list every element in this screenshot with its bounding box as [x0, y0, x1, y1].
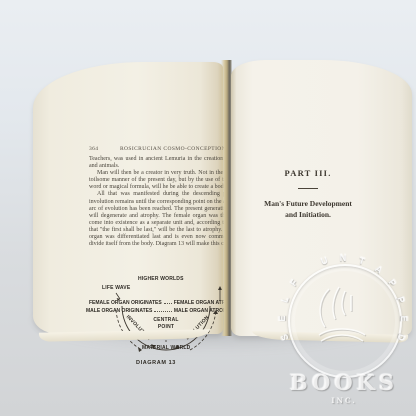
- diagram-label-life-wave: LIFE WAVE: [102, 285, 130, 291]
- diagram-label-female-originates: FEMALE ORGAN ORIGINATES: [89, 300, 162, 306]
- dotted-leader-line: [154, 311, 172, 312]
- right-page: PART III. Man's Future Development and I…: [231, 60, 412, 336]
- heading-rule: [298, 188, 318, 189]
- running-header-title: ROSICRUCIAN COSMO-CONCEPTION: [111, 146, 235, 152]
- diagram-row-male: MALE ORGAN ORIGINATES MALE ORGAN ATROPHI…: [86, 308, 238, 314]
- page-number: 364: [89, 146, 111, 152]
- right-page-content: PART III. Man's Future Development and I…: [243, 168, 373, 220]
- watermark-inc-text: INC.: [278, 396, 410, 405]
- diagram-label-central-point: CENTRAL POINT: [146, 317, 186, 330]
- diagram-row-female: FEMALE ORGAN ORIGINATES FEMALE ORGAN ATR…: [89, 300, 235, 306]
- diagram-label-higher-worlds: HIGHER WORLDS: [138, 276, 184, 282]
- diagram-label-material-world: MATERIAL WORLD: [142, 345, 190, 351]
- part-heading: PART III.: [243, 168, 373, 178]
- left-page: 364 ROSICRUCIAN COSMO-CONCEPTION Teacher…: [33, 62, 223, 334]
- diagram-caption: DIAGRAM 13: [116, 360, 196, 366]
- diagram-label-male-originates: MALE ORGAN ORIGINATES: [86, 308, 152, 314]
- section-title-line1: Man's Future Development: [243, 198, 373, 209]
- dotted-leader-line: [164, 303, 172, 304]
- watermark-books-text: BOOKS: [278, 370, 410, 395]
- book-photo-scene: 364 ROSICRUCIAN COSMO-CONCEPTION Teacher…: [0, 0, 416, 416]
- section-title-line2: and Initiation.: [243, 209, 373, 220]
